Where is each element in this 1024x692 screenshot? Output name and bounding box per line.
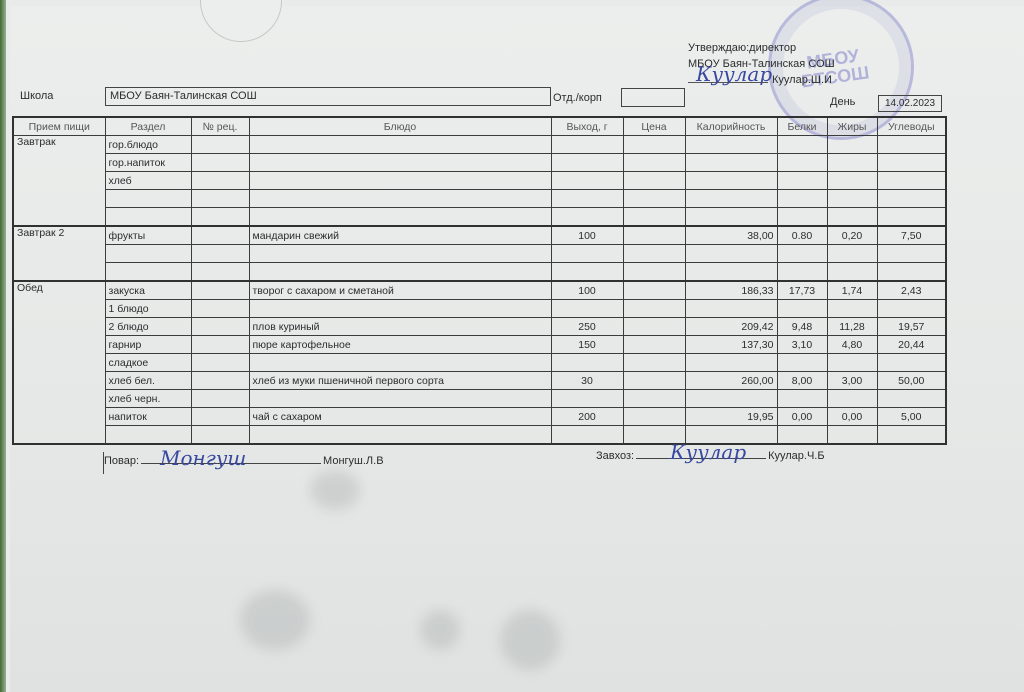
protein-cell [777, 136, 827, 154]
table-row: хлеб черн. [13, 390, 946, 408]
recipe-cell [191, 336, 249, 354]
dish-cell [249, 208, 551, 227]
yield-cell [551, 136, 623, 154]
column-header: Калорийность [685, 117, 777, 136]
yield-cell: 250 [551, 318, 623, 336]
dish-cell [249, 263, 551, 282]
column-header: Цена [623, 117, 685, 136]
price-cell [623, 300, 685, 318]
dish-cell [249, 390, 551, 408]
recipe-cell [191, 154, 249, 172]
recipe-cell [191, 281, 249, 300]
kcal-cell: 209,42 [685, 318, 777, 336]
table-row: сладкое [13, 354, 946, 372]
recipe-cell [191, 208, 249, 227]
protein-cell [777, 426, 827, 445]
price-cell [623, 408, 685, 426]
section-cell: хлеб [105, 172, 191, 190]
protein-cell [777, 245, 827, 263]
approval-title: Утверждаю:директор [688, 40, 835, 56]
price-cell [623, 136, 685, 154]
table-row: хлеб бел.хлеб из муки пшеничной первого … [13, 372, 946, 390]
kcal-cell [685, 354, 777, 372]
kcal-cell: 19,95 [685, 408, 777, 426]
carbs-cell [877, 426, 946, 445]
table-row: напитокчай с сахаром20019,950,000,005,00 [13, 408, 946, 426]
dish-cell [249, 245, 551, 263]
table-row [13, 426, 946, 445]
table-row: Обедзакускатворог с сахаром и сметаной10… [13, 281, 946, 300]
fat-cell [827, 300, 877, 318]
section-cell: закуска [105, 281, 191, 300]
dish-cell: мандарин свежий [249, 226, 551, 245]
recipe-cell [191, 172, 249, 190]
yield-cell: 100 [551, 226, 623, 245]
kcal-cell [685, 300, 777, 318]
table-row [13, 263, 946, 282]
section-cell: гарнир [105, 336, 191, 354]
carbs-cell: 20,44 [877, 336, 946, 354]
approval-signer: Куулар.Ш.И [772, 74, 832, 86]
fat-cell [827, 426, 877, 445]
dept-label: Отд./корп [553, 92, 602, 104]
dish-cell [249, 172, 551, 190]
protein-cell: 17,73 [777, 281, 827, 300]
recipe-cell [191, 245, 249, 263]
carbs-cell [877, 300, 946, 318]
kcal-cell [685, 172, 777, 190]
column-header: Прием пищи [13, 117, 105, 136]
protein-cell [777, 208, 827, 227]
protein-cell: 8,00 [777, 372, 827, 390]
price-cell [623, 336, 685, 354]
table-row: хлеб [13, 172, 946, 190]
fat-cell: 1,74 [827, 281, 877, 300]
yield-cell: 200 [551, 408, 623, 426]
section-cell [105, 263, 191, 282]
carbs-cell: 7,50 [877, 226, 946, 245]
protein-cell: 0,00 [777, 408, 827, 426]
yield-cell [551, 263, 623, 282]
director-signature: Куулар [696, 62, 772, 86]
protein-cell [777, 354, 827, 372]
table-row [13, 208, 946, 227]
yield-cell [551, 300, 623, 318]
column-header: Блюдо [249, 117, 551, 136]
protein-cell: 0.80 [777, 226, 827, 245]
column-header: Белки [777, 117, 827, 136]
table-row [13, 245, 946, 263]
fat-cell [827, 208, 877, 227]
carbs-cell: 2,43 [877, 281, 946, 300]
table-row: 2 блюдоплов куриный250209,429,4811,2819,… [13, 318, 946, 336]
yield-cell [551, 245, 623, 263]
fat-cell [827, 390, 877, 408]
cook-name: Монгуш.Л.В [323, 455, 383, 467]
carbs-cell: 19,57 [877, 318, 946, 336]
price-cell [623, 226, 685, 245]
fat-cell [827, 190, 877, 208]
table-header-row: Прием пищиРаздел№ рец.БлюдоВыход, гЦенаК… [13, 117, 946, 136]
day-field: 14.02.2023 [878, 95, 942, 112]
kcal-cell [685, 263, 777, 282]
carbs-cell [877, 354, 946, 372]
section-cell: 1 блюдо [105, 300, 191, 318]
yield-cell [551, 426, 623, 445]
school-label: Школа [20, 90, 53, 102]
section-cell [105, 208, 191, 227]
storekeeper-label: Завхоз: [596, 450, 634, 462]
section-cell: сладкое [105, 354, 191, 372]
recipe-cell [191, 372, 249, 390]
stain [420, 610, 460, 650]
yield-cell [551, 390, 623, 408]
carbs-cell [877, 263, 946, 282]
protein-cell [777, 172, 827, 190]
carbs-cell: 50,00 [877, 372, 946, 390]
storekeeper-name: Куулар.Ч.Б [768, 450, 824, 462]
protein-cell [777, 390, 827, 408]
price-cell [623, 372, 685, 390]
carbs-cell [877, 136, 946, 154]
price-cell [623, 154, 685, 172]
kcal-cell: 38,00 [685, 226, 777, 245]
recipe-cell [191, 318, 249, 336]
price-cell [623, 281, 685, 300]
background-edge [0, 0, 6, 692]
cook-label: Повар: [104, 455, 139, 467]
carbs-cell [877, 190, 946, 208]
carbs-cell [877, 208, 946, 227]
price-cell [623, 245, 685, 263]
price-cell [623, 263, 685, 282]
section-cell [105, 190, 191, 208]
kcal-cell [685, 190, 777, 208]
protein-cell [777, 190, 827, 208]
kcal-cell: 137,30 [685, 336, 777, 354]
recipe-cell [191, 263, 249, 282]
dish-cell [249, 426, 551, 445]
dish-cell [249, 190, 551, 208]
price-cell [623, 208, 685, 227]
fat-cell [827, 245, 877, 263]
yield-cell [551, 208, 623, 227]
fat-cell: 3,00 [827, 372, 877, 390]
table-row: 1 блюдо [13, 300, 946, 318]
table-row [13, 190, 946, 208]
table-row: гарнирпюре картофельное150137,303,104,80… [13, 336, 946, 354]
storekeeper-signature: Куулар [670, 440, 746, 464]
carbs-cell [877, 154, 946, 172]
yield-cell [551, 354, 623, 372]
fat-cell [827, 354, 877, 372]
section-cell: фрукты [105, 226, 191, 245]
protein-cell: 3,10 [777, 336, 827, 354]
carbs-cell [877, 390, 946, 408]
section-cell: гор.блюдо [105, 136, 191, 154]
section-cell: хлеб черн. [105, 390, 191, 408]
carbs-cell [877, 245, 946, 263]
day-label: День [830, 96, 855, 108]
table-row: Завтрак 2фруктымандарин свежий10038,000.… [13, 226, 946, 245]
price-cell [623, 354, 685, 372]
protein-cell [777, 263, 827, 282]
price-cell [623, 390, 685, 408]
yield-cell: 150 [551, 336, 623, 354]
fat-cell: 0,00 [827, 408, 877, 426]
kcal-cell: 260,00 [685, 372, 777, 390]
kcal-cell [685, 245, 777, 263]
yield-cell [551, 154, 623, 172]
carbs-cell: 5,00 [877, 408, 946, 426]
price-cell [623, 318, 685, 336]
dish-cell [249, 354, 551, 372]
column-header: № рец. [191, 117, 249, 136]
meal-cell: Завтрак [13, 136, 105, 227]
recipe-cell [191, 136, 249, 154]
section-cell [105, 245, 191, 263]
fat-cell [827, 263, 877, 282]
table-row: Завтракгор.блюдо [13, 136, 946, 154]
kcal-cell [685, 136, 777, 154]
recipe-cell [191, 426, 249, 445]
kcal-cell [685, 208, 777, 227]
dept-field [621, 88, 685, 107]
recipe-cell [191, 354, 249, 372]
stain [500, 610, 560, 670]
recipe-cell [191, 226, 249, 245]
section-cell: 2 блюдо [105, 318, 191, 336]
meal-cell: Завтрак 2 [13, 226, 105, 281]
price-cell [623, 190, 685, 208]
stain [240, 590, 310, 650]
column-header: Выход, г [551, 117, 623, 136]
meal-cell: Обед [13, 281, 105, 444]
yield-cell [551, 190, 623, 208]
section-cell: хлеб бел. [105, 372, 191, 390]
yield-cell: 30 [551, 372, 623, 390]
protein-cell [777, 300, 827, 318]
kcal-cell: 186,33 [685, 281, 777, 300]
fat-cell [827, 172, 877, 190]
section-cell [105, 426, 191, 445]
column-header: Жиры [827, 117, 877, 136]
section-cell: гор.напиток [105, 154, 191, 172]
carbs-cell [877, 172, 946, 190]
column-header: Углеводы [877, 117, 946, 136]
dish-cell: творог с сахаром и сметаной [249, 281, 551, 300]
table-row: гор.напиток [13, 154, 946, 172]
cook-signature: Монгуш [160, 446, 246, 470]
protein-cell: 9,48 [777, 318, 827, 336]
recipe-cell [191, 300, 249, 318]
stain [310, 470, 360, 510]
dish-cell: хлеб из муки пшеничной первого сорта [249, 372, 551, 390]
fat-cell: 0,20 [827, 226, 877, 245]
section-cell: напиток [105, 408, 191, 426]
kcal-cell [685, 390, 777, 408]
dish-cell [249, 300, 551, 318]
protein-cell [777, 154, 827, 172]
dish-cell: плов куриный [249, 318, 551, 336]
dish-cell: чай с сахаром [249, 408, 551, 426]
recipe-cell [191, 390, 249, 408]
column-header: Раздел [105, 117, 191, 136]
fat-cell [827, 136, 877, 154]
yield-cell [551, 172, 623, 190]
fat-cell [827, 154, 877, 172]
recipe-cell [191, 190, 249, 208]
dish-cell [249, 154, 551, 172]
price-cell [623, 172, 685, 190]
fat-cell: 11,28 [827, 318, 877, 336]
fat-cell: 4,80 [827, 336, 877, 354]
kcal-cell [685, 154, 777, 172]
school-field: МБОУ Баян-Талинская СОШ [105, 87, 551, 106]
recipe-cell [191, 408, 249, 426]
yield-cell: 100 [551, 281, 623, 300]
dish-cell [249, 136, 551, 154]
menu-table: Прием пищиРаздел№ рец.БлюдоВыход, гЦенаК… [12, 116, 947, 445]
dish-cell: пюре картофельное [249, 336, 551, 354]
